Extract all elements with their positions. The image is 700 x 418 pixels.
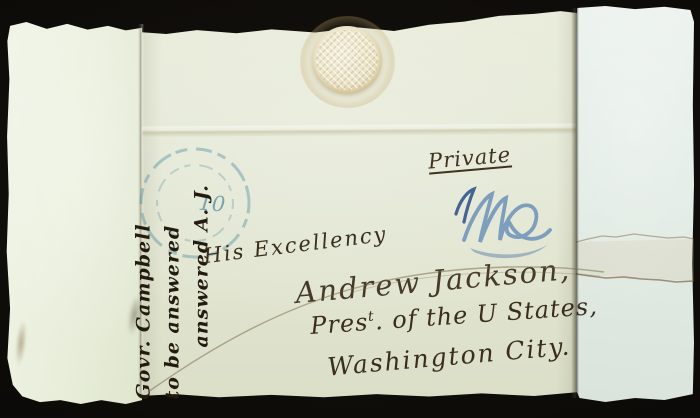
torn-edge-band bbox=[576, 6, 694, 402]
endorsement-docket: Govr. Campbell to be answered answered A… bbox=[130, 165, 220, 400]
address-title-text: Pres bbox=[309, 308, 369, 340]
scanned-letter-cover: 10 Govr. Campbell to be answered answere… bbox=[0, 0, 700, 418]
embossed-wafer-seal bbox=[312, 26, 382, 94]
endorsement-line: to be answered bbox=[159, 165, 188, 400]
right-fold-crease bbox=[571, 8, 580, 398]
endorsement-line: Govr. Campbell bbox=[130, 165, 159, 400]
blue-monogram-flourish bbox=[440, 182, 560, 267]
